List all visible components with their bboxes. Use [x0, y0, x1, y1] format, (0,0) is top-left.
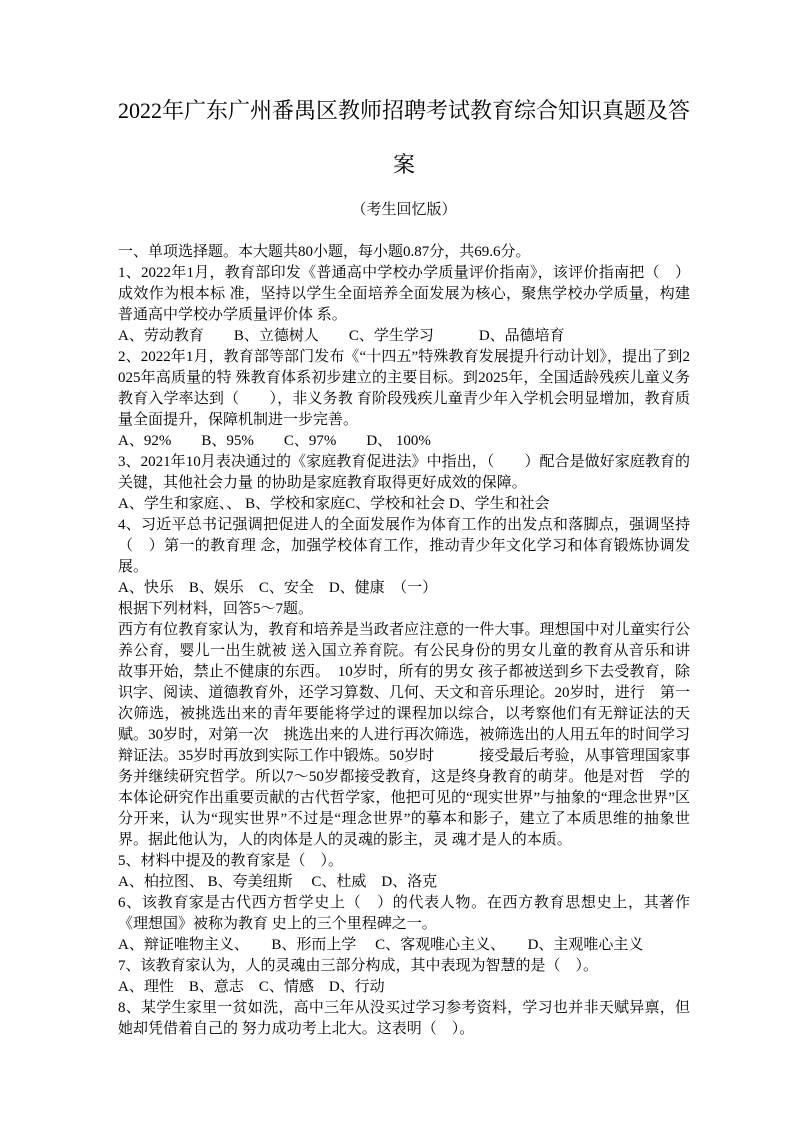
question-6-options: A、辩证唯物主义、 B、形而上学 C、客观唯心主义、 D、主观唯心主义 — [118, 935, 690, 956]
question-3-options: A、学生和家庭、、 B、学校和家庭C、学校和社会 D、学生和社会 — [118, 494, 690, 515]
question-8-stem: 8、某学生家里一贫如洗，高中三年从没买过学习参考资料，学习也并非天赋异禀，但她却… — [118, 998, 690, 1040]
question-1-stem: 1、2022年1月，教育部印发《普通高中学校办学质量评价指南》，该评价指南把（ … — [118, 263, 690, 326]
material-passage: 西方有位教育家认为，教育和培养是当政者应注意的一件大事。理想国中对儿童实行公养公… — [118, 620, 690, 851]
question-7-stem: 7、该教育家认为，人的灵魂由三部分构成，其中表现为智慧的是（ ）。 — [118, 956, 690, 977]
question-4-options: A、快乐 B、娱乐 C、安全 D、健康 （一） — [118, 578, 690, 599]
question-1-options: A、劳动教育 B、立德树人 C、学生学习 D、品德培育 — [118, 326, 690, 347]
material-intro: 根据下列材料，回答5～7题。 — [118, 599, 690, 620]
question-5-options: A、柏拉图、 B、夸美纽斯 C、杜威 D、洛克 — [118, 872, 690, 893]
question-2-stem: 2、2022年1月，教育部等部门发布《“十四五”特殊教育发展提升行动计划》，提出… — [118, 347, 690, 431]
question-2-options: A、92% B、95% C、97% D、 100% — [118, 431, 690, 452]
document-body: 一、单项选择题。本大题共80小题，每小题0.87分，共69.6分。 1、2022… — [118, 242, 690, 1040]
question-7-options: A、理性 B、意志 C、情感 D、行动 — [118, 977, 690, 998]
question-6-stem: 6、该教育家是古代西方哲学史上（ ）的代表人物。在西方教育思想史上，其著作《理想… — [118, 893, 690, 935]
document-page: 2022年广东广州番禺区教师招聘考试教育综合知识真题及答案 （考生回忆版） 一、… — [0, 0, 794, 1123]
document-content: 2022年广东广州番禺区教师招聘考试教育综合知识真题及答案 （考生回忆版） 一、… — [0, 0, 794, 1040]
question-4-stem: 4、习近平总书记强调把促进人的全面发展作为体育工作的出发点和落脚点，强调坚持（ … — [118, 515, 690, 578]
question-5-stem: 5、材料中提及的教育家是（ ）。 — [118, 851, 690, 872]
question-3-stem: 3、2021年10月表决通过的《家庭教育促进法》中指出，（ ）配合是做好家庭教育… — [118, 452, 690, 494]
document-subtitle: （考生回忆版） — [118, 200, 690, 221]
document-title: 2022年广东广州番禺区教师招聘考试教育综合知识真题及答案 — [118, 84, 690, 192]
section-header: 一、单项选择题。本大题共80小题，每小题0.87分，共69.6分。 — [118, 242, 690, 263]
